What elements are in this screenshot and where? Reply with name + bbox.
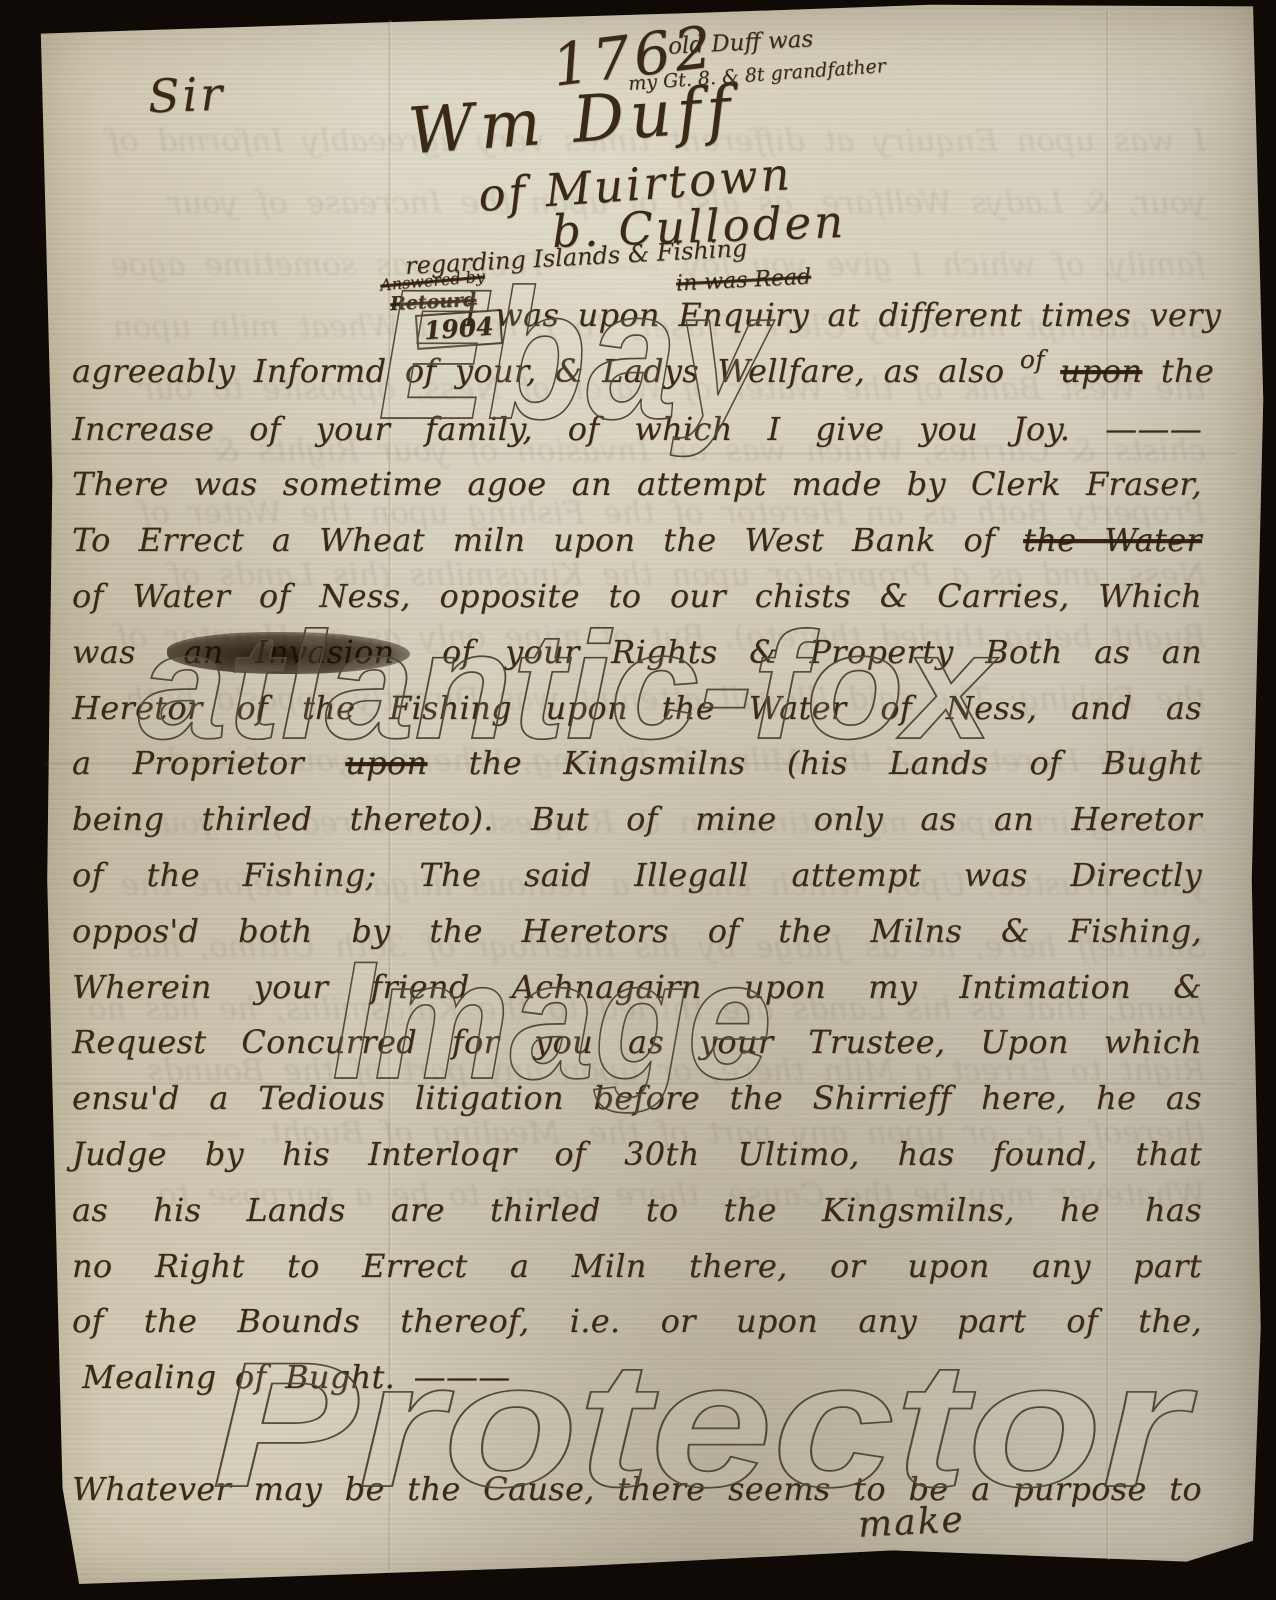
letter-line: Judge by his Interloqr of 30th Ultimo, h… <box>72 1127 1202 1183</box>
letter-line: ensu'd a Tedious litigation before the S… <box>72 1071 1202 1127</box>
letter-line: To Errect a Wheat miln upon the West Ban… <box>72 513 1202 569</box>
letter-line: no Right to Errect a Miln there, or upon… <box>72 1239 1202 1295</box>
letter-line: was an Invasion of your Rights & Propert… <box>72 625 1202 681</box>
letter-line: as his Lands are thirled to the Kingsmil… <box>72 1183 1202 1239</box>
letter-line: being thirled thereto). But of mine only… <box>72 792 1202 848</box>
letter-line: Request Concurred for you as your Truste… <box>72 1015 1202 1071</box>
letter-line: There was sometime agoe an attempt made … <box>72 457 1202 513</box>
letter-line: Wherein your friend Achnagairn upon my I… <box>72 960 1202 1016</box>
letter-line: of the Bounds thereof, i.e. or upon any … <box>72 1294 1202 1350</box>
letter-line: agreeably Informd of your, & Ladys Wellf… <box>72 344 1202 402</box>
letter-line: oppos'd both by the Heretors of the Miln… <box>72 904 1202 960</box>
salutation: Sir <box>147 67 226 124</box>
letter-body: I was upon Enquiry at different times ve… <box>72 288 1202 1518</box>
letter-line: Increase of your family, of which I give… <box>72 402 1202 458</box>
letter-line: a Proprietor upon the Kingsmilns (his La… <box>72 736 1202 792</box>
letter-line: of the Fishing; The said Illegall attemp… <box>72 848 1202 904</box>
letter-line: Heretor of the Fishing upon the Water of… <box>72 681 1202 737</box>
catchword: make <box>857 1499 966 1546</box>
letter-line: Mealing of Bught. ——— <box>72 1350 1202 1406</box>
letter-line: of Water of Ness, opposite to our chists… <box>72 569 1202 625</box>
letter-line: Whatever may be the Cause, there seems t… <box>72 1462 1202 1518</box>
